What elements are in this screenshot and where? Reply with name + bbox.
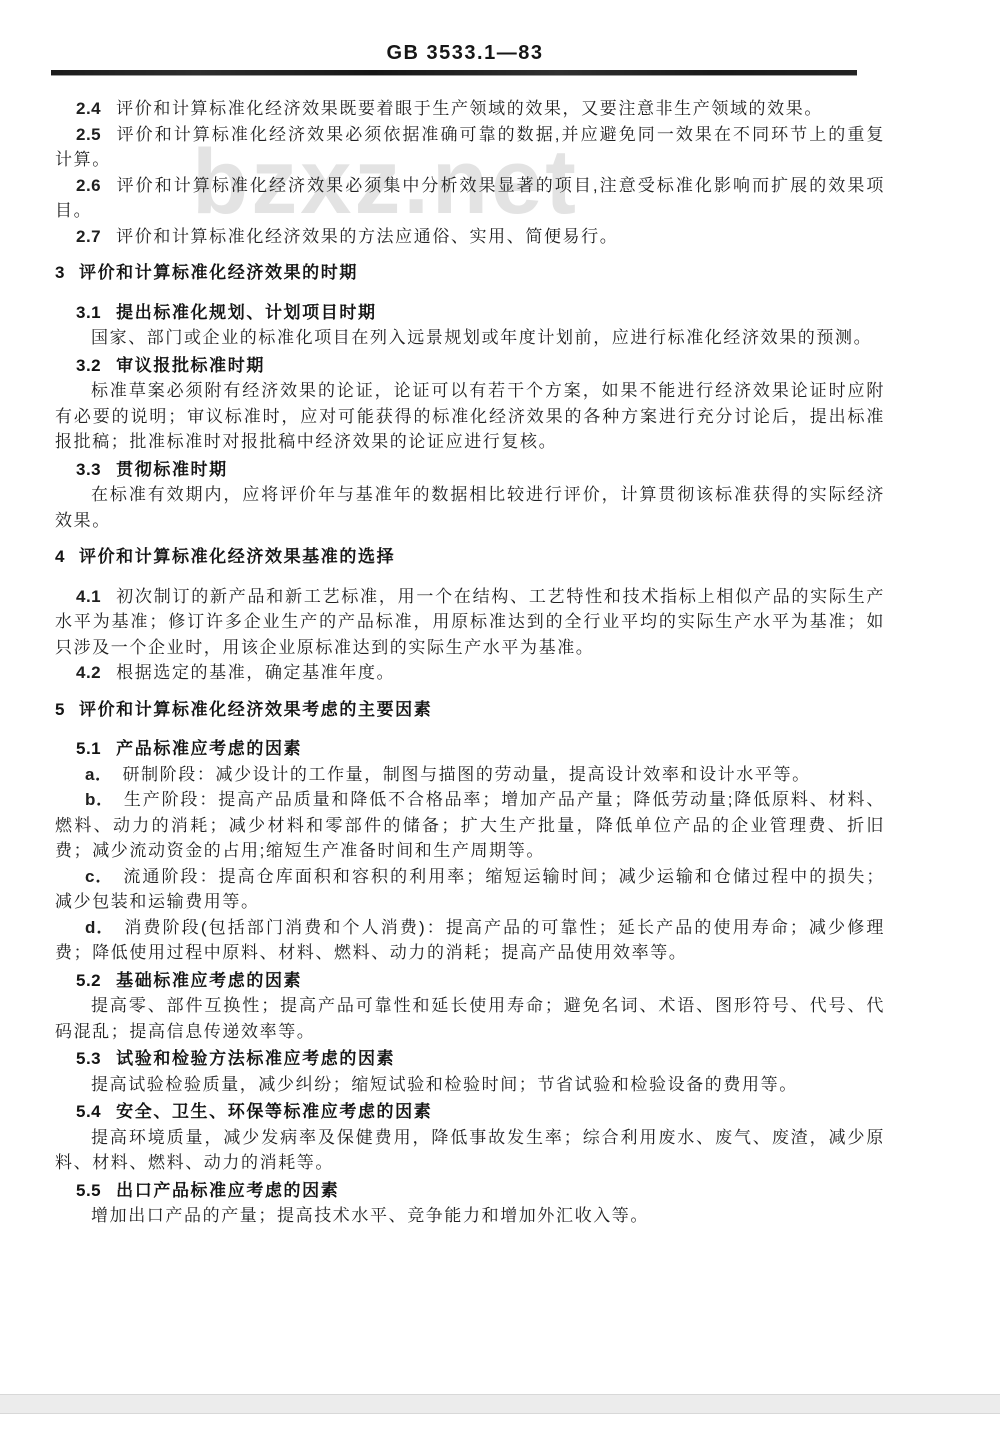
section-number: 5.4 <box>76 1102 101 1121</box>
page-header: GB 3533.1—83 <box>0 42 930 65</box>
block-text: 安全、卫生、环保等标准应考虑的因素 <box>116 1102 432 1121</box>
paragraph: 提高零、部件互换性；提高产品可靠性和延长使用寿命；避免名词、术语、图形符号、代号… <box>55 993 885 1044</box>
block-text: 标准草案必须附有经济效果的论证，论证可以有若干个方案，如果不能进行经济效果论证时… <box>55 381 885 451</box>
section-item: 2.4评价和计算标准化经济效果既要着眼于生产领域的效果，又要注意非生产领域的效果… <box>55 96 885 122</box>
block-text: 评价和计算标准化经济效果的时期 <box>79 263 358 282</box>
section-number: 4.2 <box>76 663 101 682</box>
sub-item: a．研制阶段：减少设计的工作量，制图与描图的劳动量，提高设计效率和设计水平等。 <box>55 762 885 788</box>
section-heading: 5评价和计算标准化经济效果考虑的主要因素 <box>55 697 885 723</box>
subsection-heading: 3.1提出标准化规划、计划项目时期 <box>55 300 885 326</box>
block-text: 评价和计算标准化经济效果必须依据准确可靠的数据,并应避免同一效果在不同环节上的重… <box>55 125 885 170</box>
section-number: 3.3 <box>76 460 101 479</box>
subsection-heading: 5.4安全、卫生、环保等标准应考虑的因素 <box>55 1099 885 1125</box>
section-number: 5.3 <box>76 1049 101 1068</box>
block-text: 基础标准应考虑的因素 <box>116 971 302 990</box>
block-text: 试验和检验方法标准应考虑的因素 <box>116 1049 395 1068</box>
section-number: 5.5 <box>76 1181 101 1200</box>
section-number: 3 <box>55 263 65 282</box>
standard-code: GB 3533.1—83 <box>387 42 544 64</box>
section-item: 4.1初次制订的新产品和新工艺标准，用一个在结构、工艺特性和技术指标上相似产品的… <box>55 584 885 661</box>
subsection-heading: 3.2审议报批标准时期 <box>55 353 885 379</box>
section-number: 5.1 <box>76 739 101 758</box>
section-number: b． <box>85 790 114 809</box>
section-number: 2.4 <box>76 99 101 118</box>
subsection-heading: 5.1产品标准应考虑的因素 <box>55 736 885 762</box>
section-number: 5.2 <box>76 971 101 990</box>
block-text: 流通阶段：提高仓库面积和容积的利用率；缩短运输时间；减少运输和仓储过程中的损失；… <box>55 867 885 912</box>
block-text: 提高零、部件互换性；提高产品可靠性和延长使用寿命；避免名词、术语、图形符号、代号… <box>55 996 885 1041</box>
section-number: a． <box>85 765 112 784</box>
sub-item: d．消费阶段(包括部门消费和个人消费)：提高产品的可靠性；延长产品的使用寿命；减… <box>55 915 885 966</box>
section-number: 2.7 <box>76 227 101 246</box>
section-item: 2.6评价和计算标准化经济效果必须集中分析效果显著的项目,注意受标准化影响而扩展… <box>55 173 885 224</box>
subsection-heading: 5.5出口产品标准应考虑的因素 <box>55 1178 885 1204</box>
block-text: 国家、部门或企业的标准化项目在列入远景规划或年度计划前，应进行标准化经济效果的预… <box>91 328 872 347</box>
section-number: d． <box>85 918 114 937</box>
section-item: 4.2根据选定的基准，确定基准年度。 <box>55 660 885 686</box>
section-item: 2.5评价和计算标准化经济效果必须依据准确可靠的数据,并应避免同一效果在不同环节… <box>55 122 885 173</box>
document-content: 2.4评价和计算标准化经济效果既要着眼于生产领域的效果，又要注意非生产领域的效果… <box>55 96 885 1229</box>
block-text: 生产阶段：提高产品质量和降低不合格品率；增加产品产量；降低劳动量;降低原料、材料… <box>55 790 885 860</box>
sub-item: b．生产阶段：提高产品质量和降低不合格品率；增加产品产量；降低劳动量;降低原料、… <box>55 787 885 864</box>
subsection-heading: 3.3贯彻标准时期 <box>55 457 885 483</box>
block-text: 提高试验检验质量，减少纠纷；缩短试验和检验时间；节省试验和检验设备的费用等。 <box>91 1075 798 1094</box>
block-text: 提出标准化规划、计划项目时期 <box>116 303 376 322</box>
paragraph: 国家、部门或企业的标准化项目在列入远景规划或年度计划前，应进行标准化经济效果的预… <box>55 325 885 351</box>
block-text: 初次制订的新产品和新工艺标准，用一个在结构、工艺特性和技术指标上相似产品的实际生… <box>55 587 885 657</box>
block-text: 消费阶段(包括部门消费和个人消费)：提高产品的可靠性；延长产品的使用寿命；减少修… <box>55 918 885 963</box>
subsection-heading: 5.2基础标准应考虑的因素 <box>55 968 885 994</box>
paragraph: 提高试验检验质量，减少纠纷；缩短试验和检验时间；节省试验和检验设备的费用等。 <box>55 1072 885 1098</box>
section-number: 4 <box>55 547 65 566</box>
block-text: 评价和计算标准化经济效果考虑的主要因素 <box>79 700 432 719</box>
page-edge-bar <box>0 1394 1000 1414</box>
block-text: 研制阶段：减少设计的工作量，制图与描图的劳动量，提高设计效率和设计水平等。 <box>122 765 810 784</box>
paragraph: 提高环境质量，减少发病率及保健费用，降低事故发生率；综合利用废水、废气、废渣，减… <box>55 1125 885 1176</box>
section-number: c． <box>85 867 113 886</box>
paragraph: 在标准有效期内，应将评价年与基准年的数据相比较进行评价，计算贯彻该标准获得的实际… <box>55 482 885 533</box>
paragraph: 增加出口产品的产量；提高技术水平、竞争能力和增加外汇收入等。 <box>55 1203 885 1229</box>
block-text: 根据选定的基准，确定基准年度。 <box>116 663 395 682</box>
section-number: 2.5 <box>76 125 101 144</box>
section-item: 2.7评价和计算标准化经济效果的方法应通俗、实用、简便易行。 <box>55 224 885 250</box>
section-number: 2.6 <box>76 176 101 195</box>
block-text: 贯彻标准时期 <box>116 460 228 479</box>
section-number: 4.1 <box>76 587 101 606</box>
block-text: 评价和计算标准化经济效果必须集中分析效果显著的项目,注意受标准化影响而扩展的效果… <box>55 176 885 221</box>
section-number: 3.2 <box>76 356 101 375</box>
block-text: 增加出口产品的产量；提高技术水平、竞争能力和增加外汇收入等。 <box>91 1206 649 1225</box>
paragraph: 标准草案必须附有经济效果的论证，论证可以有若干个方案，如果不能进行经济效果论证时… <box>55 378 885 455</box>
block-text: 评价和计算标准化经济效果的方法应通俗、实用、简便易行。 <box>116 227 618 246</box>
block-text: 审议报批标准时期 <box>116 356 265 375</box>
block-text: 评价和计算标准化经济效果既要着眼于生产领域的效果，又要注意非生产领域的效果。 <box>116 99 823 118</box>
section-heading: 3评价和计算标准化经济效果的时期 <box>55 260 885 286</box>
block-text: 评价和计算标准化经济效果基准的选择 <box>79 547 395 566</box>
block-text: 提高环境质量，减少发病率及保健费用，降低事故发生率；综合利用废水、废气、废渣，减… <box>55 1128 885 1173</box>
section-number: 5 <box>55 700 65 719</box>
header-rule <box>51 70 857 76</box>
block-text: 产品标准应考虑的因素 <box>116 739 302 758</box>
subsection-heading: 5.3试验和检验方法标准应考虑的因素 <box>55 1046 885 1072</box>
block-text: 出口产品标准应考虑的因素 <box>116 1181 339 1200</box>
section-number: 3.1 <box>76 303 101 322</box>
section-heading: 4评价和计算标准化经济效果基准的选择 <box>55 544 885 570</box>
sub-item: c．流通阶段：提高仓库面积和容积的利用率；缩短运输时间；减少运输和仓储过程中的损… <box>55 864 885 915</box>
document-page: GB 3533.1—83 bzxz.net 2.4评价和计算标准化经济效果既要着… <box>0 0 1000 1434</box>
block-text: 在标准有效期内，应将评价年与基准年的数据相比较进行评价，计算贯彻该标准获得的实际… <box>55 485 885 530</box>
